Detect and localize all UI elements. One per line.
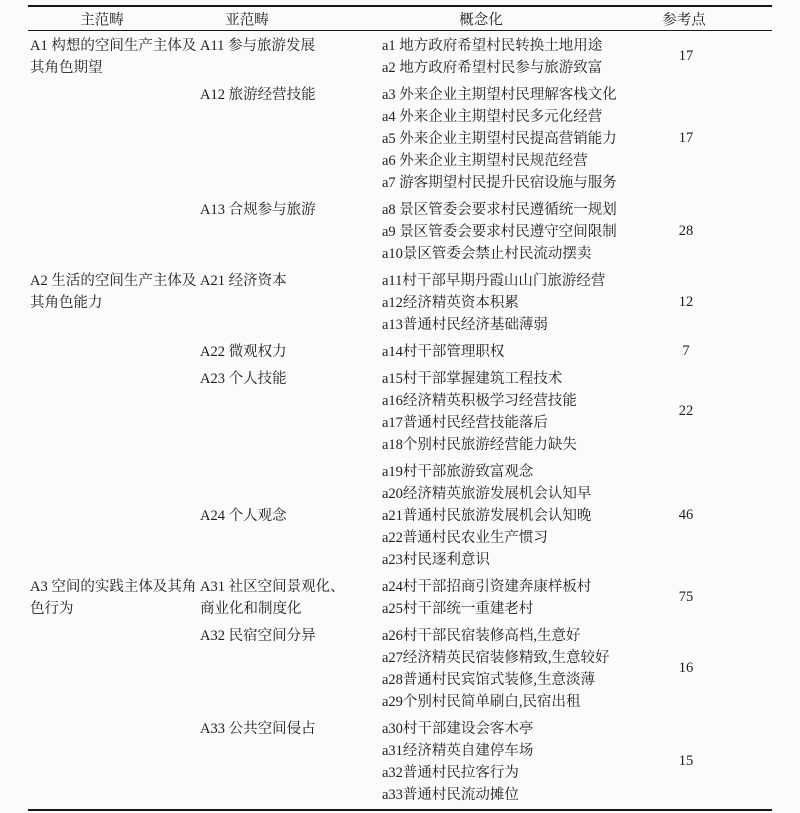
column-header-sub-category: 亚范畴: [225, 8, 269, 29]
subcategory-cell: A24 个人观念: [200, 505, 382, 527]
concept-line: a33普通村民流动摊位: [382, 784, 647, 806]
table-row: A11 参与旅游发展a1 地方政府希望村民转换土地用途a2 地方政府希望村民参与…: [200, 32, 772, 81]
subcategory-rows: A31 社区空间景观化、 商业化和制度化a24村干部招商引资建奔康样板村a25村…: [200, 573, 772, 808]
table-row: A12 旅游经营技能a3 外来企业主期望村民理解客栈文化a4 外来企业主期望村民…: [200, 81, 772, 196]
table-body: A1 构想的空间生产主体及 其角色期望A11 参与旅游发展a1 地方政府希望村民…: [28, 31, 772, 811]
concept-line: a19村干部旅游致富观念: [382, 461, 647, 483]
reference-count: 16: [647, 625, 725, 713]
concepts-cell: a26村干部民宿装修高档,生意好a27经济精英民宿装修精致,生意较好a28普通村…: [382, 625, 647, 713]
column-header-reference-points: 参考点: [662, 8, 706, 29]
reference-count: 17: [647, 35, 725, 79]
category-group: A2 生活的空间生产主体及 其角色能力A21 经济资本a11村干部早期丹霞山山门…: [28, 267, 772, 573]
table-row: A31 社区空间景观化、 商业化和制度化a24村干部招商引资建奔康样板村a25村…: [200, 573, 772, 622]
subcategory-cell: A23 个人技能: [200, 368, 382, 456]
table-row: A22 微观权力a14村干部管理职权7: [200, 338, 772, 365]
concept-line: a3 外来企业主期望村民理解客栈文化: [382, 84, 647, 106]
reference-count: 46: [647, 507, 725, 524]
table-row: A33 公共空间侵占a30村干部建设会客木亭a31经济精英自建停车场a32普通村…: [200, 715, 772, 808]
concept-line: a7 游客期望村民提升民宿设施与服务: [382, 172, 647, 194]
reference-count: 17: [647, 84, 725, 194]
table-row: A24 个人观念a19村干部旅游致富观念a20经济精英旅游发展机会认知早a21普…: [200, 458, 772, 573]
subcategory-cell: A13 合规参与旅游: [200, 199, 382, 265]
concept-line: a8 景区管委会要求村民遵循统一规划: [382, 199, 647, 221]
concept-line: a20经济精英旅游发展机会认知早: [382, 483, 647, 505]
reference-count: 7: [647, 341, 725, 363]
concepts-cell: a11村干部早期丹霞山山门旅游经营a12经济精英资本积累a13普通村民经济基础薄…: [382, 270, 647, 336]
concept-line: a32普通村民拉客行为: [382, 762, 647, 784]
concept-line: a22普通村民农业生产惯习: [382, 527, 647, 549]
reference-count: 22: [647, 368, 725, 456]
table-row: A13 合规参与旅游a8 景区管委会要求村民遵循统一规划a9 景区管委会要求村民…: [200, 196, 772, 267]
concept-line: a4 外来企业主期望村民多元化经营: [382, 106, 647, 128]
table-row: A21 经济资本a11村干部早期丹霞山山门旅游经营a12经济精英资本积累a13普…: [200, 267, 772, 338]
concept-line: a6 外来企业主期望村民规范经营: [382, 150, 647, 172]
table-header-row: 主范畴 亚范畴 概念化 参考点: [28, 5, 772, 31]
concept-line: a18个别村民旅游经营能力缺失: [382, 434, 647, 456]
concept-line: a12经济精英资本积累: [382, 292, 647, 314]
concepts-cell: a8 景区管委会要求村民遵循统一规划a9 景区管委会要求村民遵守空间限制a10景…: [382, 199, 647, 265]
column-header-conceptualization: 概念化: [459, 8, 503, 29]
main-category-cell: A1 构想的空间生产主体及 其角色期望: [28, 32, 200, 81]
reference-count: 28: [647, 199, 725, 265]
concept-line: a26村干部民宿装修高档,生意好: [382, 625, 647, 647]
concept-line: a25村干部统一重建老村: [382, 598, 647, 620]
concept-line: a2 地方政府希望村民参与旅游致富: [382, 57, 647, 79]
subcategory-cell: A12 旅游经营技能: [200, 84, 382, 194]
subcategory-rows: A11 参与旅游发展a1 地方政府希望村民转换土地用途a2 地方政府希望村民参与…: [200, 32, 772, 267]
concept-line: a21普通村民旅游发展机会认知晚: [382, 505, 647, 527]
reference-count: 15: [647, 718, 725, 806]
subcategory-cell: A33 公共空间侵占: [200, 718, 382, 806]
category-group: A3 空间的实践主体及其角 色行为A31 社区空间景观化、 商业化和制度化a24…: [28, 573, 772, 808]
subcategory-cell: A32 民宿空间分异: [200, 625, 382, 713]
reference-count: 75: [647, 576, 725, 620]
main-category-cell: A3 空间的实践主体及其角 色行为: [28, 573, 200, 622]
concepts-cell: a30村干部建设会客木亭a31经济精英自建停车场a32普通村民拉客行为a33普通…: [382, 718, 647, 806]
subcategory-cell: A21 经济资本: [200, 270, 382, 336]
concept-line: a17普通村民经营技能落后: [382, 412, 647, 434]
concepts-cell: a1 地方政府希望村民转换土地用途a2 地方政府希望村民参与旅游致富: [382, 35, 647, 79]
main-category-cell: A2 生活的空间生产主体及 其角色能力: [28, 267, 200, 316]
concepts-cell: a19村干部旅游致富观念a20经济精英旅游发展机会认知早a21普通村民旅游发展机…: [382, 461, 647, 571]
concept-line: a23村民逐利意识: [382, 549, 647, 571]
reference-count: 12: [647, 270, 725, 336]
concept-line: a31经济精英自建停车场: [382, 740, 647, 762]
concept-line: a24村干部招商引资建奔康样板村: [382, 576, 647, 598]
subcategory-rows: A21 经济资本a11村干部早期丹霞山山门旅游经营a12经济精英资本积累a13普…: [200, 267, 772, 573]
concept-line: a14村干部管理职权: [382, 341, 647, 363]
concept-line: a1 地方政府希望村民转换土地用途: [382, 35, 647, 57]
concept-line: a5 外来企业主期望村民提高营销能力: [382, 128, 647, 150]
concept-line: a13普通村民经济基础薄弱: [382, 314, 647, 336]
table-row: A23 个人技能a15村干部掌握建筑工程技术a16经济精英积极学习经营技能a17…: [200, 365, 772, 458]
concept-line: a30村干部建设会客木亭: [382, 718, 647, 740]
coding-table: 主范畴 亚范畴 概念化 参考点 A1 构想的空间生产主体及 其角色期望A11 参…: [28, 5, 772, 811]
subcategory-cell: A31 社区空间景观化、 商业化和制度化: [200, 576, 382, 620]
subcategory-cell: A11 参与旅游发展: [200, 35, 382, 79]
table-row: A32 民宿空间分异a26村干部民宿装修高档,生意好a27经济精英民宿装修精致,…: [200, 622, 772, 715]
concepts-cell: a3 外来企业主期望村民理解客栈文化a4 外来企业主期望村民多元化经营a5 外来…: [382, 84, 647, 194]
concepts-cell: a24村干部招商引资建奔康样板村a25村干部统一重建老村: [382, 576, 647, 620]
concept-line: a27经济精英民宿装修精致,生意较好: [382, 647, 647, 669]
concept-line: a10景区管委会禁止村民流动摆卖: [382, 243, 647, 265]
concept-line: a9 景区管委会要求村民遵守空间限制: [382, 221, 647, 243]
concepts-cell: a14村干部管理职权: [382, 341, 647, 363]
concept-line: a15村干部掌握建筑工程技术: [382, 368, 647, 390]
subcategory-cell: A22 微观权力: [200, 341, 382, 363]
concept-line: a29个别村民简单刷白,民宿出租: [382, 691, 647, 713]
concept-line: a28普通村民宾馆式装修,生意淡薄: [382, 669, 647, 691]
concept-line: a11村干部早期丹霞山山门旅游经营: [382, 270, 647, 292]
column-header-main-category: 主范畴: [80, 8, 124, 29]
concept-line: a16经济精英积极学习经营技能: [382, 390, 647, 412]
category-group: A1 构想的空间生产主体及 其角色期望A11 参与旅游发展a1 地方政府希望村民…: [28, 32, 772, 267]
concepts-cell: a15村干部掌握建筑工程技术a16经济精英积极学习经营技能a17普通村民经营技能…: [382, 368, 647, 456]
